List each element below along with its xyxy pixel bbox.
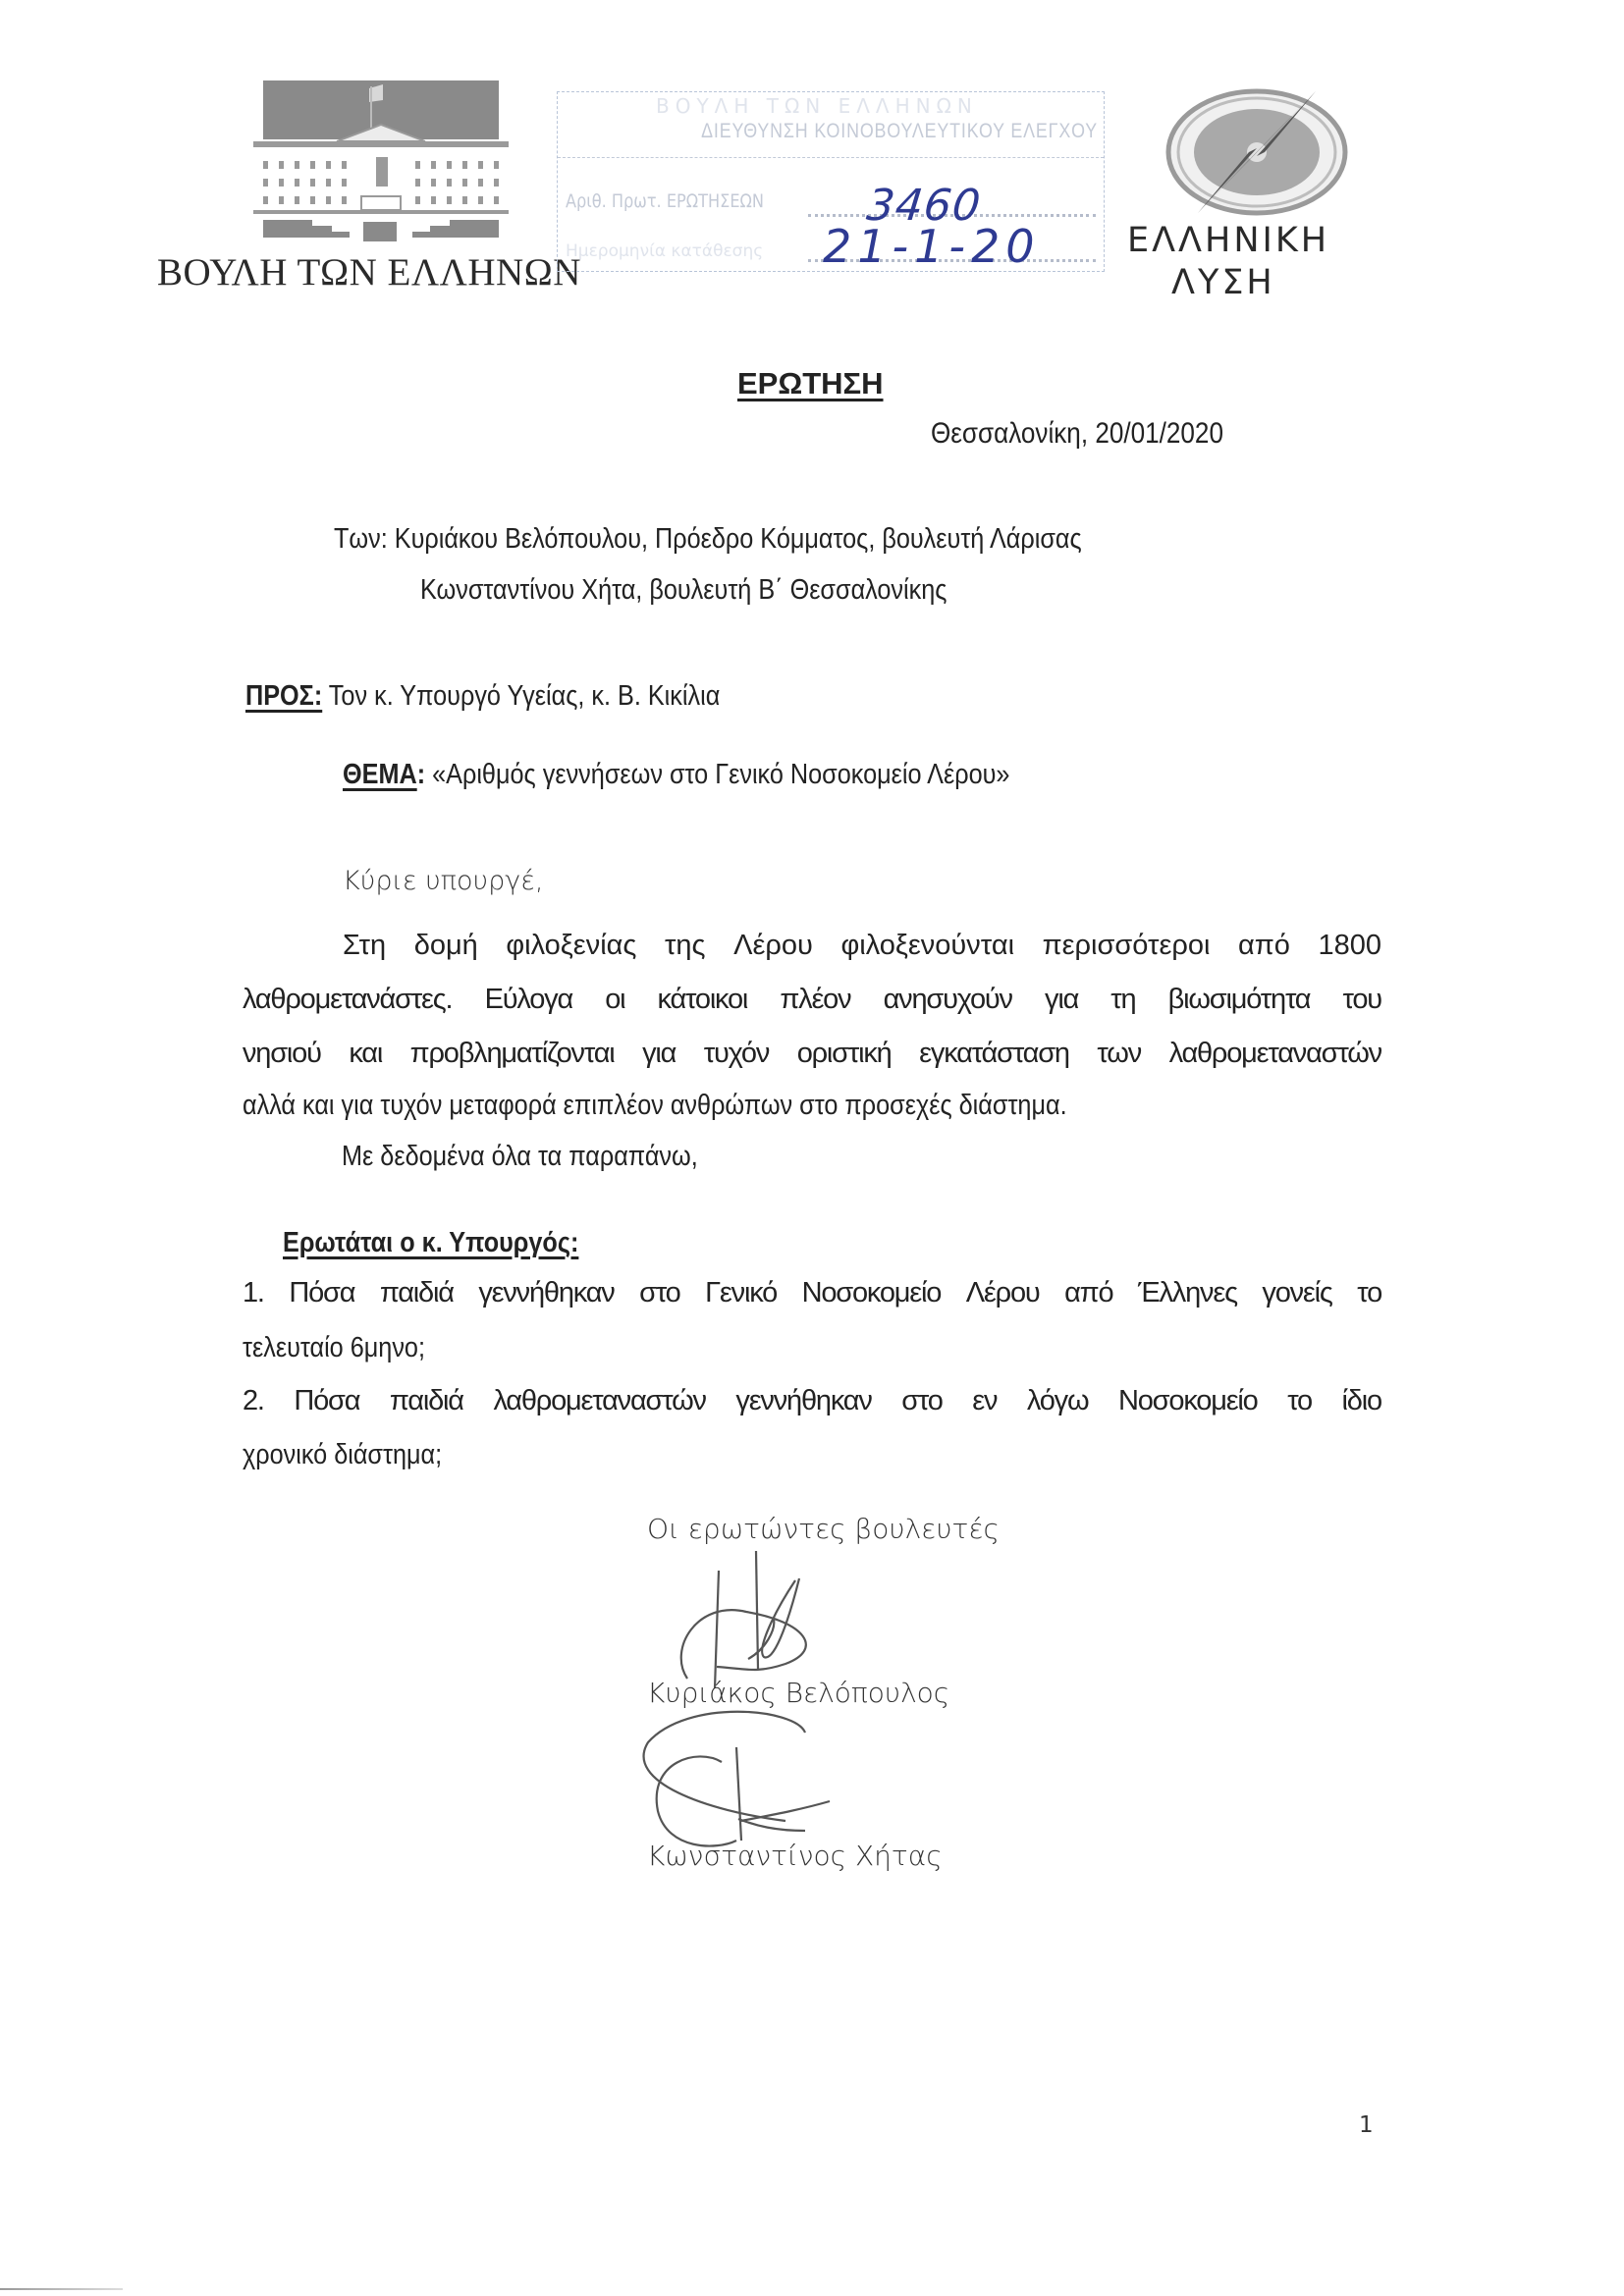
word: κάτοικοι: [658, 984, 748, 1016]
word: προβληματίζονται: [410, 1038, 615, 1070]
from-label: Των:: [334, 523, 388, 555]
word: το: [1357, 1277, 1381, 1309]
word: οριστική: [797, 1038, 892, 1070]
word: εγκατάσταση: [919, 1038, 1069, 1070]
from-line-1: Των: Κυριάκου Βελόπουλου, Πρόεδρο Κόμματ…: [334, 523, 1082, 556]
paragraph-line-2: λαθρομετανάστες.Εύλογαοικάτοικοιπλέονανη…: [243, 984, 1381, 1016]
word: το: [1287, 1385, 1312, 1417]
page-number: 1: [1359, 2112, 1374, 2138]
word: Εύλογα: [485, 984, 572, 1016]
word: Στη: [343, 930, 386, 962]
word: τη: [1110, 984, 1135, 1016]
place-and-date: Θεσσαλονίκη, 20/01/2020: [931, 417, 1223, 451]
question-2-line-2: χρονικό διάστημα;: [243, 1439, 442, 1471]
question-1-words: 1.ΠόσαπαιδιάγεννήθηκανστοΓενικόΝοσοκομεί…: [243, 1277, 1381, 1309]
word: εν: [972, 1385, 997, 1417]
word: 1.: [243, 1277, 264, 1309]
word: οι: [605, 984, 624, 1016]
word: πλέον: [780, 984, 850, 1016]
signature-velopoulos: [658, 1541, 844, 1698]
questions-heading: Ερωτάται ο κ. Υπουργός:: [283, 1227, 578, 1259]
question-2-words: 2.Πόσαπαιδιάλαθρομεταναστώνγεννήθηκανστο…: [243, 1385, 1381, 1417]
word: ανησυχούν: [884, 984, 1012, 1016]
compass-logo: [1159, 83, 1355, 221]
subject-label: ΘΕΜΑ: [343, 759, 417, 790]
word: 2.: [243, 1385, 264, 1417]
word: γεννήθηκαν: [478, 1277, 614, 1309]
greeting: Κύριε υπουργέ,: [343, 866, 543, 896]
protocol-stamp: ΒΟΥΛΗ ΤΩΝ ΕΛΛΗΝΩΝ ΔΙΕΥΘΥΝΣΗ ΚΟΙΝΟΒΟΥΛΕΥΤ…: [557, 91, 1105, 272]
word: της: [665, 930, 706, 962]
word: δομή: [414, 930, 478, 962]
word: στο: [639, 1277, 679, 1309]
word: λαθρομεταναστών: [1169, 1038, 1381, 1070]
word: παιδιά: [380, 1277, 454, 1309]
word: βιωσιμότητα: [1168, 984, 1311, 1016]
subject-line: ΘΕΜΑ: «Αριθμός γεννήσεων στο Γενικό Νοσο…: [343, 759, 1009, 791]
word: για: [642, 1038, 676, 1070]
signatory-2: Κωνσταντίνος Χήτας: [647, 1840, 943, 1872]
paragraph-line-3: νησιούκαιπροβληματίζονταιγιατυχόνοριστικ…: [243, 1038, 1381, 1070]
paragraph-line-words: νησιούκαιπροβληματίζονταιγιατυχόνοριστικ…: [243, 1038, 1381, 1070]
word: 1800: [1318, 930, 1381, 962]
word: γονείς: [1262, 1277, 1331, 1309]
word: Νοσοκομείο: [1118, 1385, 1258, 1417]
paragraph-line-words: ΣτηδομήφιλοξενίαςτηςΛέρουφιλοξενούνταιπε…: [343, 930, 1381, 962]
recipient-line: ΠΡΟΣ: Τον κ. Υπουργό Υγείας, κ. Β. Κικίλ…: [245, 680, 720, 713]
signature-chitas: [628, 1703, 844, 1860]
word: Νοσοκομείο: [802, 1277, 942, 1309]
stamp-date-value: 21-1-20: [823, 220, 1041, 273]
subject-value: «Αριθμός γεννήσεων στο Γενικό Νοσοκομείο…: [432, 759, 1009, 790]
word: τυχόν: [704, 1038, 769, 1070]
word: νησιού: [243, 1038, 321, 1070]
parliament-building-logo: [253, 80, 509, 247]
from-value-1: Κυριάκου Βελόπουλου, Πρόεδρο Κόμματος, β…: [395, 523, 1082, 555]
closing-line: Με δεδομένα όλα τα παραπάνω,: [342, 1141, 698, 1173]
word: λαθρομετανάστες.: [243, 984, 452, 1016]
word: από: [1238, 930, 1290, 962]
word: του: [1343, 984, 1381, 1016]
question-1-line-2: τελευταίο 6μηνο;: [243, 1332, 425, 1364]
stamp-divider: [558, 157, 1104, 158]
word: Λέρου: [966, 1277, 1040, 1309]
recipient-value: Τον κ. Υπουργό Υγείας, κ. Β. Κικίλια: [329, 680, 721, 712]
subject-colon: :: [417, 759, 425, 790]
word: Έλληνες: [1138, 1277, 1237, 1309]
word: γεννήθηκαν: [735, 1385, 871, 1417]
word: φιλοξενίας: [506, 930, 636, 962]
party-name-line-1: ΕΛΛΗΝΙΚΗ: [1127, 221, 1329, 260]
word: στο: [901, 1385, 942, 1417]
word: λόγω: [1027, 1385, 1089, 1417]
word: Πόσα: [289, 1277, 354, 1309]
question-1-line-1: 1.ΠόσαπαιδιάγεννήθηκανστοΓενικόΝοσοκομεί…: [243, 1277, 1381, 1309]
stamp-faded-header: ΒΟΥΛΗ ΤΩΝ ΕΛΛΗΝΩΝ: [656, 94, 978, 118]
paragraph-line-words: λαθρομετανάστες.Εύλογαοικάτοικοιπλέονανη…: [243, 984, 1381, 1016]
word: και: [349, 1038, 382, 1070]
word: Λέρου: [733, 930, 813, 962]
paragraph-line-1: ΣτηδομήφιλοξενίαςτηςΛέρουφιλοξενούνταιπε…: [343, 930, 1381, 962]
stamp-protocol-label: Αριθ. Πρωτ. ΕΡΩΤΗΣΕΩΝ: [566, 190, 764, 212]
parliament-name: ΒΟΥΛΗ ΤΩΝ ΕΛΛΗΝΩΝ: [157, 250, 581, 294]
word: λαθρομεταναστών: [493, 1385, 705, 1417]
word: Πόσα: [294, 1385, 359, 1417]
word: από: [1064, 1277, 1112, 1309]
word: ίδιο: [1342, 1385, 1381, 1417]
stamp-date-label: Ημερομηνία κατάθεσης: [566, 241, 763, 261]
word: Γενικό: [705, 1277, 777, 1309]
party-name-line-2: ΛΥΣΗ: [1171, 263, 1275, 302]
document-title: ΕΡΩΤΗΣΗ: [737, 366, 884, 401]
question-2-line-1: 2.Πόσαπαιδιάλαθρομεταναστώνγεννήθηκανστο…: [243, 1385, 1381, 1417]
recipient-label: ΠΡΟΣ:: [245, 680, 322, 712]
paragraph-line-4: αλλά και για τυχόν μεταφορά επιπλέον ανθ…: [243, 1090, 1233, 1122]
word: παιδιά: [390, 1385, 463, 1417]
word: των: [1097, 1038, 1141, 1070]
word: για: [1045, 984, 1078, 1016]
word: φιλοξενούνται: [840, 930, 1014, 962]
from-line-2: Κωνσταντίνου Χήτα, βουλευτή Β΄ Θεσσαλονί…: [420, 574, 947, 607]
scan-edge-artifact: [0, 2288, 123, 2290]
word: περισσότεροι: [1043, 930, 1211, 962]
stamp-department: ΔΙΕΥΘΥΝΣΗ ΚΟΙΝΟΒΟΥΛΕΥΤΙΚΟΥ ΕΛΕΓΧΟΥ: [647, 120, 1098, 143]
